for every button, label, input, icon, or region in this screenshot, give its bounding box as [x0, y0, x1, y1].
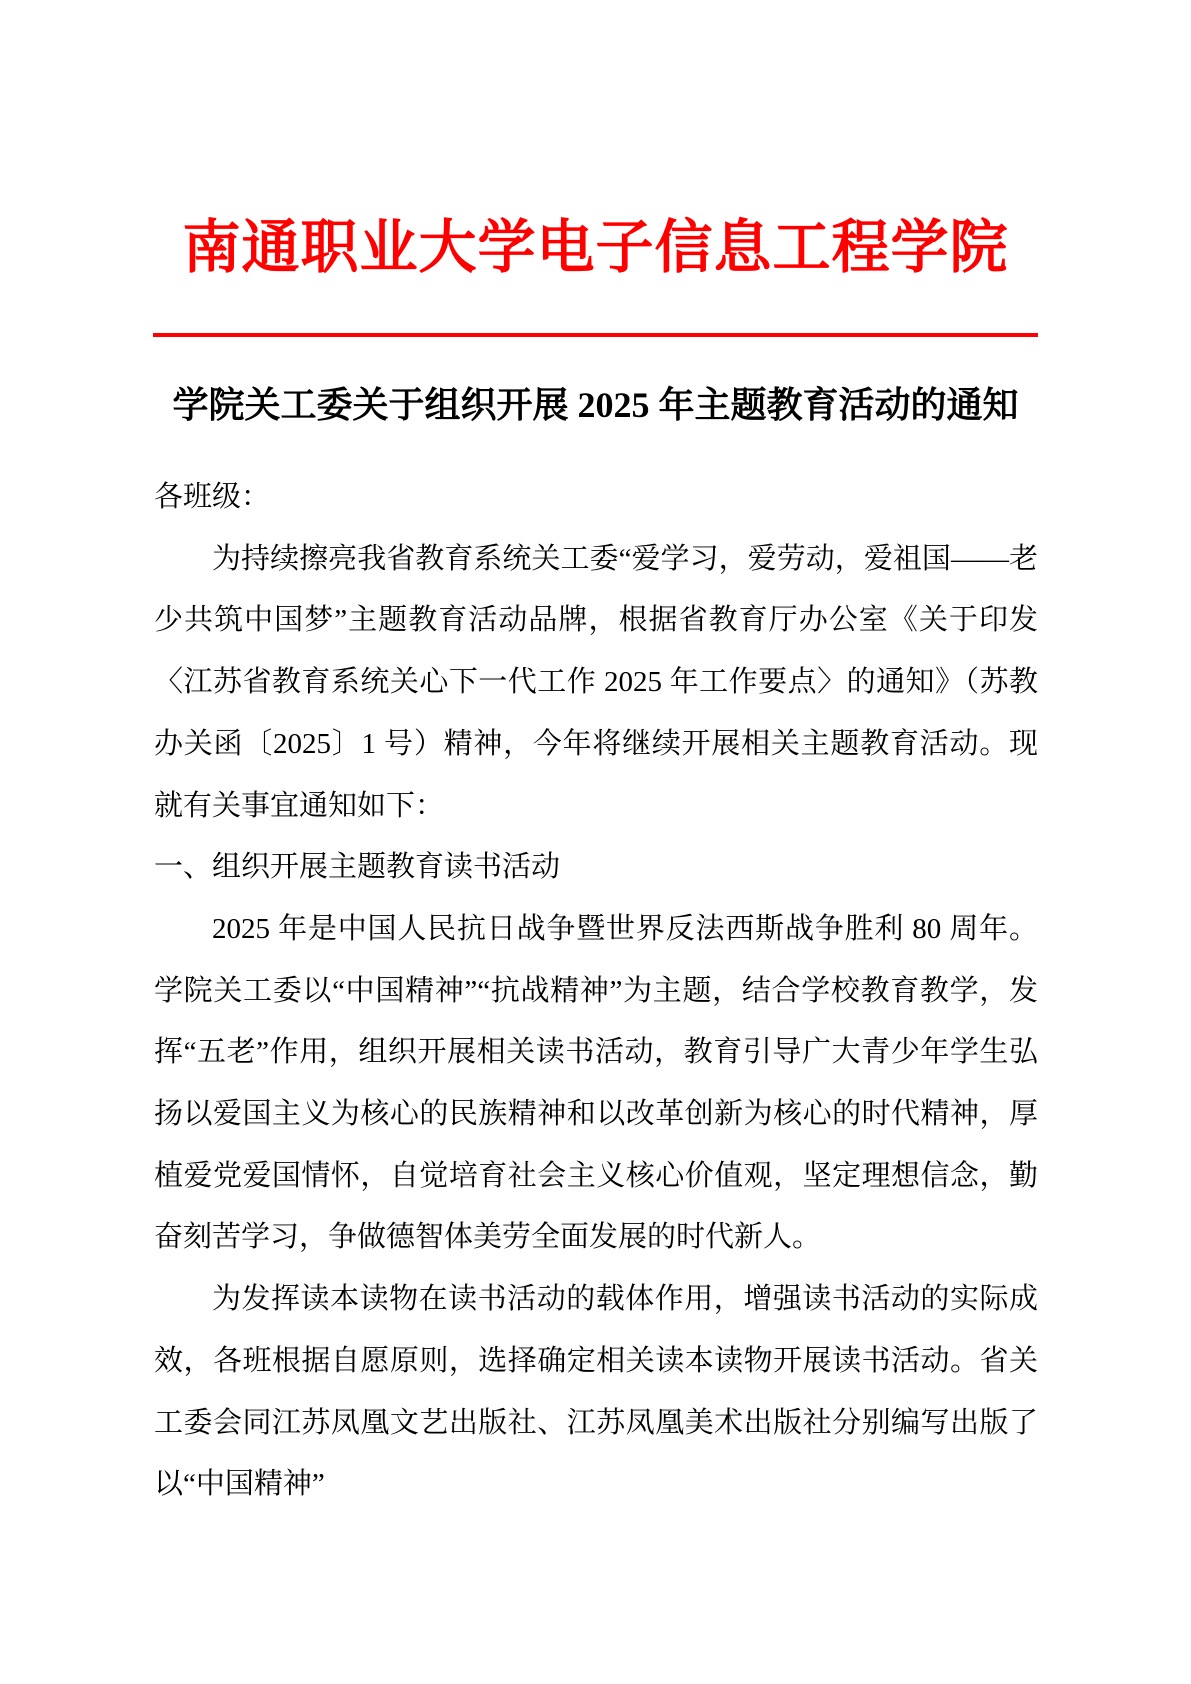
letterhead-divider-line [153, 333, 1038, 337]
org-letterhead-title: 南通职业大学电子信息工程学院 [0, 212, 1191, 284]
section-1-paragraph-2: 为发挥读本读物在读书活动的载体作用，增强读书活动的实际成效，各班根据自愿原则，选… [154, 1269, 1038, 1516]
notice-document-page: 南通职业大学电子信息工程学院 学院关工委关于组织开展 2025 年主题教育活动的… [0, 0, 1191, 1684]
section-heading-1: 一、组织开展主题教育读书活动 [154, 837, 1038, 899]
salutation: 各班级： [154, 467, 1038, 529]
notice-body: 各班级：为持续擦亮我省教育系统关工委“爱学习，爱劳动，爱祖国——老少共筑中国梦”… [154, 467, 1038, 1516]
notice-title: 学院关工委关于组织开展 2025 年主题教育活动的通知 [0, 383, 1191, 427]
intro-paragraph: 为持续擦亮我省教育系统关工委“爱学习，爱劳动，爱祖国——老少共筑中国梦”主题教育… [154, 529, 1038, 838]
section-1-paragraph-1: 2025 年是中国人民抗日战争暨世界反法西斯战争胜利 80 周年。学院关工委以“… [154, 899, 1038, 1269]
